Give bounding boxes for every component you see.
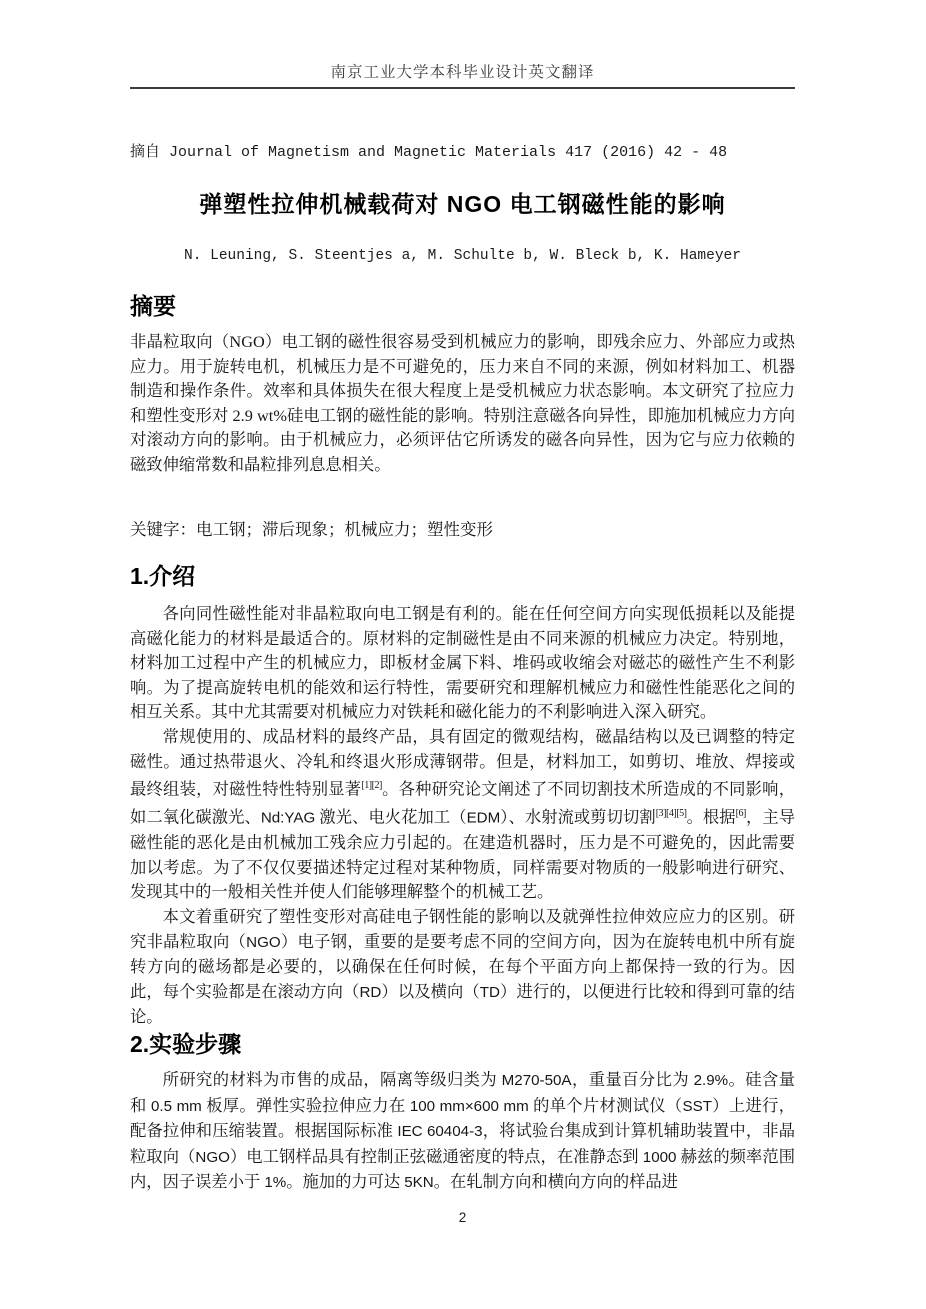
section-heading-experiment: 2.实验步骤	[130, 1026, 795, 1059]
keywords-line: 关键字：电工钢；滞后现象；机械应力；塑性变形	[130, 516, 795, 540]
page-header: 南京工业大学本科毕业设计英文翻译	[130, 60, 795, 82]
abstract-text: 非晶粒取向（NGO）电工钢的磁性很容易受到机械应力的影响，即残余应力、外部应力或…	[130, 330, 795, 478]
paragraph: 所研究的材料为市售的成品，隔离等级归类为 M270-50A，重量百分比为 2.9…	[130, 1068, 795, 1196]
paragraph: 各向同性磁性能对非晶粒取向电工钢是有利的。能在任何空间方向实现低损耗以及能提高磁…	[130, 602, 795, 725]
document-title: 弹塑性拉伸机械载荷对 NGO 电工钢磁性能的影响	[130, 186, 795, 219]
page-number: 2	[130, 1210, 795, 1225]
header-rule	[130, 87, 795, 89]
paragraph: 常规使用的、成品材料的最终产品，具有固定的微观结构，磁晶结构以及已调整的特定磁性…	[130, 725, 795, 905]
introduction-section-body: 各向同性磁性能对非晶粒取向电工钢是有利的。能在任何空间方向实现低损耗以及能提高磁…	[130, 602, 795, 1030]
abstract-paragraph: 非晶粒取向（NGO）电工钢的磁性很容易受到机械应力的影响，即残余应力、外部应力或…	[130, 330, 795, 478]
authors-line: N. Leuning, S. Steentjes a, M. Schulte b…	[130, 248, 795, 264]
document-page: 南京工业大学本科毕业设计英文翻译 摘自 Journal of Magnetism…	[0, 0, 926, 1309]
abstract-heading: 摘要	[130, 288, 795, 321]
source-citation: 摘自 Journal of Magnetism and Magnetic Mat…	[130, 140, 795, 161]
experiment-section-body: 所研究的材料为市售的成品，隔离等级归类为 M270-50A，重量百分比为 2.9…	[130, 1068, 795, 1196]
paragraph: 本文着重研究了塑性变形对高硅电子钢性能的影响以及就弹性拉伸效应应力的区别。研究非…	[130, 905, 795, 1030]
section-heading-introduction: 1.介绍	[130, 558, 795, 591]
